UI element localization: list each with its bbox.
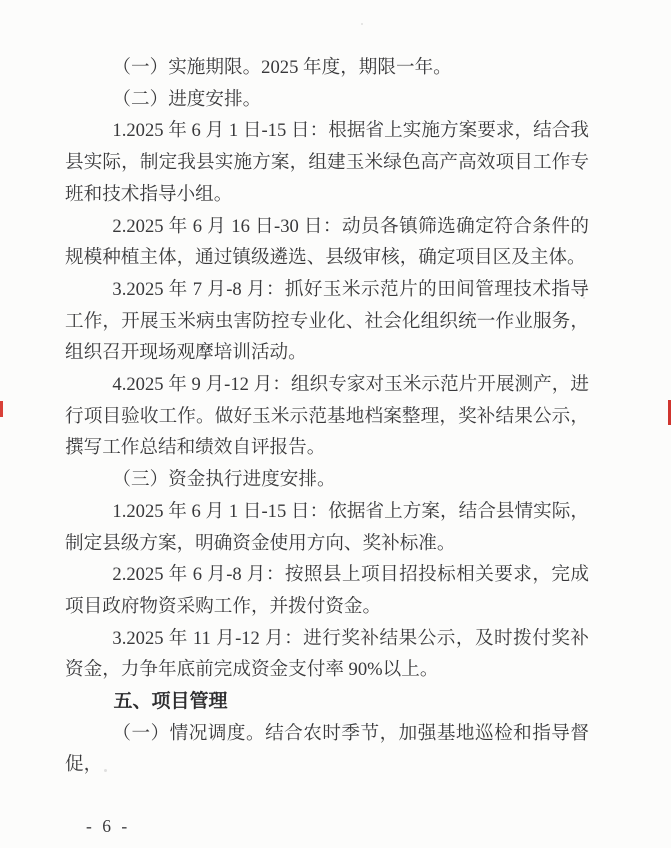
para-progress-step-1: 1.2025 年 6 月 1 日-15 日：根据省上实施方案要求，结合我县实际，… [65,115,589,210]
para-fund-step-3: 3.2025 年 11 月-12 月：进行奖补结果公示，及时拨付奖补资金，力争年… [65,623,589,686]
para-implementation-period: （一）实施期限。2025 年度，期限一年。 [65,52,589,84]
page-number: - 6 - [86,816,130,837]
heading-project-management: 五、项目管理 [65,686,589,718]
red-seal-fragment-left-icon [0,401,3,417]
para-situation-scheduling: （一）情况调度。结合农时季节，加强基地巡检和指导督促， [65,718,589,781]
para-progress-arrangement: （二）进度安排。 [65,84,589,116]
scan-speck [361,23,363,25]
document-body: （一）实施期限。2025 年度，期限一年。 （二）进度安排。 1.2025 年 … [65,52,589,781]
para-progress-step-2: 2.2025 年 6 月 16 日-30 日：动员各镇筛选确定符合条件的规模种植… [65,211,589,274]
para-fund-schedule: （三）资金执行进度安排。 [65,464,589,496]
para-progress-step-4: 4.2025 年 9 月-12 月：组织专家对玉米示范片开展测产，进行项目验收工… [65,369,589,464]
para-progress-step-3: 3.2025 年 7 月-8 月：抓好玉米示范片的田间管理技术指导工作，开展玉米… [65,274,589,369]
scanned-document-page: （一）实施期限。2025 年度，期限一年。 （二）进度安排。 1.2025 年 … [0,0,671,848]
para-fund-step-2: 2.2025 年 6 月-8 月：按照县上项目招投标相关要求，完成项目政府物资采… [65,559,589,622]
para-fund-step-1: 1.2025 年 6 月 1 日-15 日：依据省上方案，结合县情实际，制定县级… [65,496,589,559]
